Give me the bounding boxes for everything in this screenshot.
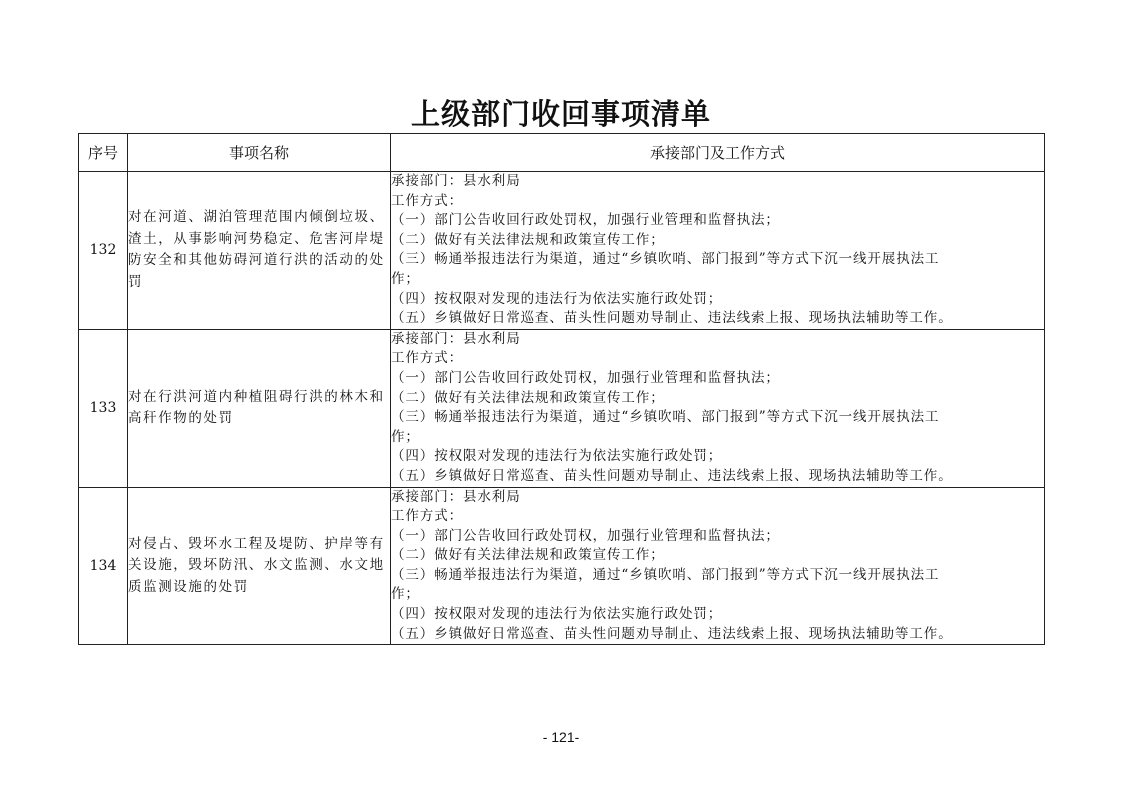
method-line: 作； <box>391 585 1044 605</box>
method-line: （四）按权限对发现的违法行为依法实施行政处罚； <box>391 290 1044 310</box>
table-row: 133 对在行洪河道内种植阻碍行洪的林木和高秆作物的处罚 承接部门：县水利局 工… <box>79 329 1045 487</box>
method-line: 作； <box>391 270 1044 290</box>
method-line: （四）按权限对发现的违法行为依法实施行政处罚； <box>391 447 1044 467</box>
method-line: （二）做好有关法律法规和政策宣传工作； <box>391 546 1044 566</box>
item-name: 对在河道、湖泊管理范围内倾倒垃圾、渣土，从事影响河势稳定、危害河岸堤防安全和其他… <box>128 172 391 330</box>
method-line: 承接部门：县水利局 <box>391 330 1044 350</box>
dept-method: 承接部门：县水利局 工作方式： （一）部门公告收回行政处罚权，加强行业管理和监督… <box>391 487 1045 645</box>
page-number: - 121- <box>0 729 1122 745</box>
method-line: （四）按权限对发现的违法行为依法实施行政处罚； <box>391 605 1044 625</box>
item-name: 对在行洪河道内种植阻碍行洪的林木和高秆作物的处罚 <box>128 329 391 487</box>
item-name: 对侵占、毁坏水工程及堤防、护岸等有关设施，毁坏防汛、水文监测、水文地质监测设施的… <box>128 487 391 645</box>
method-line: （二）做好有关法律法规和政策宣传工作； <box>391 389 1044 409</box>
method-line: 工作方式： <box>391 349 1044 369</box>
page-title: 上级部门收回事项清单 <box>0 92 1122 133</box>
method-line: （三）畅通举报违法行为渠道，通过“乡镇吹哨、部门报到”等方式下沉一线开展执法工 <box>391 408 1044 428</box>
method-line: （一）部门公告收回行政处罚权，加强行业管理和监督执法； <box>391 527 1044 547</box>
method-line: 承接部门：县水利局 <box>391 488 1044 508</box>
method-line: （五）乡镇做好日常巡查、苗头性问题劝导制止、违法线索上报、现场执法辅助等工作。 <box>391 309 1044 329</box>
dept-method: 承接部门：县水利局 工作方式： （一）部门公告收回行政处罚权，加强行业管理和监督… <box>391 329 1045 487</box>
method-line: 工作方式： <box>391 192 1044 212</box>
table-row: 134 对侵占、毁坏水工程及堤防、护岸等有关设施，毁坏防汛、水文监测、水文地质监… <box>79 487 1045 645</box>
method-line: （三）畅通举报违法行为渠道，通过“乡镇吹哨、部门报到”等方式下沉一线开展执法工 <box>391 250 1044 270</box>
method-line: （五）乡镇做好日常巡查、苗头性问题劝导制止、违法线索上报、现场执法辅助等工作。 <box>391 625 1044 645</box>
method-line: 工作方式： <box>391 507 1044 527</box>
serial-number: 133 <box>79 329 128 487</box>
serial-number: 134 <box>79 487 128 645</box>
method-line: （五）乡镇做好日常巡查、苗头性问题劝导制止、违法线索上报、现场执法辅助等工作。 <box>391 467 1044 487</box>
method-line: （一）部门公告收回行政处罚权，加强行业管理和监督执法； <box>391 211 1044 231</box>
method-line: 作； <box>391 428 1044 448</box>
method-line: （一）部门公告收回行政处罚权，加强行业管理和监督执法； <box>391 369 1044 389</box>
header-serial: 序号 <box>79 134 128 172</box>
table-row: 132 对在河道、湖泊管理范围内倾倒垃圾、渣土，从事影响河势稳定、危害河岸堤防安… <box>79 172 1045 330</box>
method-line: （二）做好有关法律法规和政策宣传工作； <box>391 231 1044 251</box>
items-table: 序号 事项名称 承接部门及工作方式 132 对在河道、湖泊管理范围内倾倒垃圾、渣… <box>78 133 1045 645</box>
header-dept-method: 承接部门及工作方式 <box>391 134 1045 172</box>
serial-number: 132 <box>79 172 128 330</box>
header-item-name: 事项名称 <box>128 134 391 172</box>
method-line: 承接部门：县水利局 <box>391 172 1044 192</box>
table-header-row: 序号 事项名称 承接部门及工作方式 <box>79 134 1045 172</box>
method-line: （三）畅通举报违法行为渠道，通过“乡镇吹哨、部门报到”等方式下沉一线开展执法工 <box>391 566 1044 586</box>
dept-method: 承接部门：县水利局 工作方式： （一）部门公告收回行政处罚权，加强行业管理和监督… <box>391 172 1045 330</box>
